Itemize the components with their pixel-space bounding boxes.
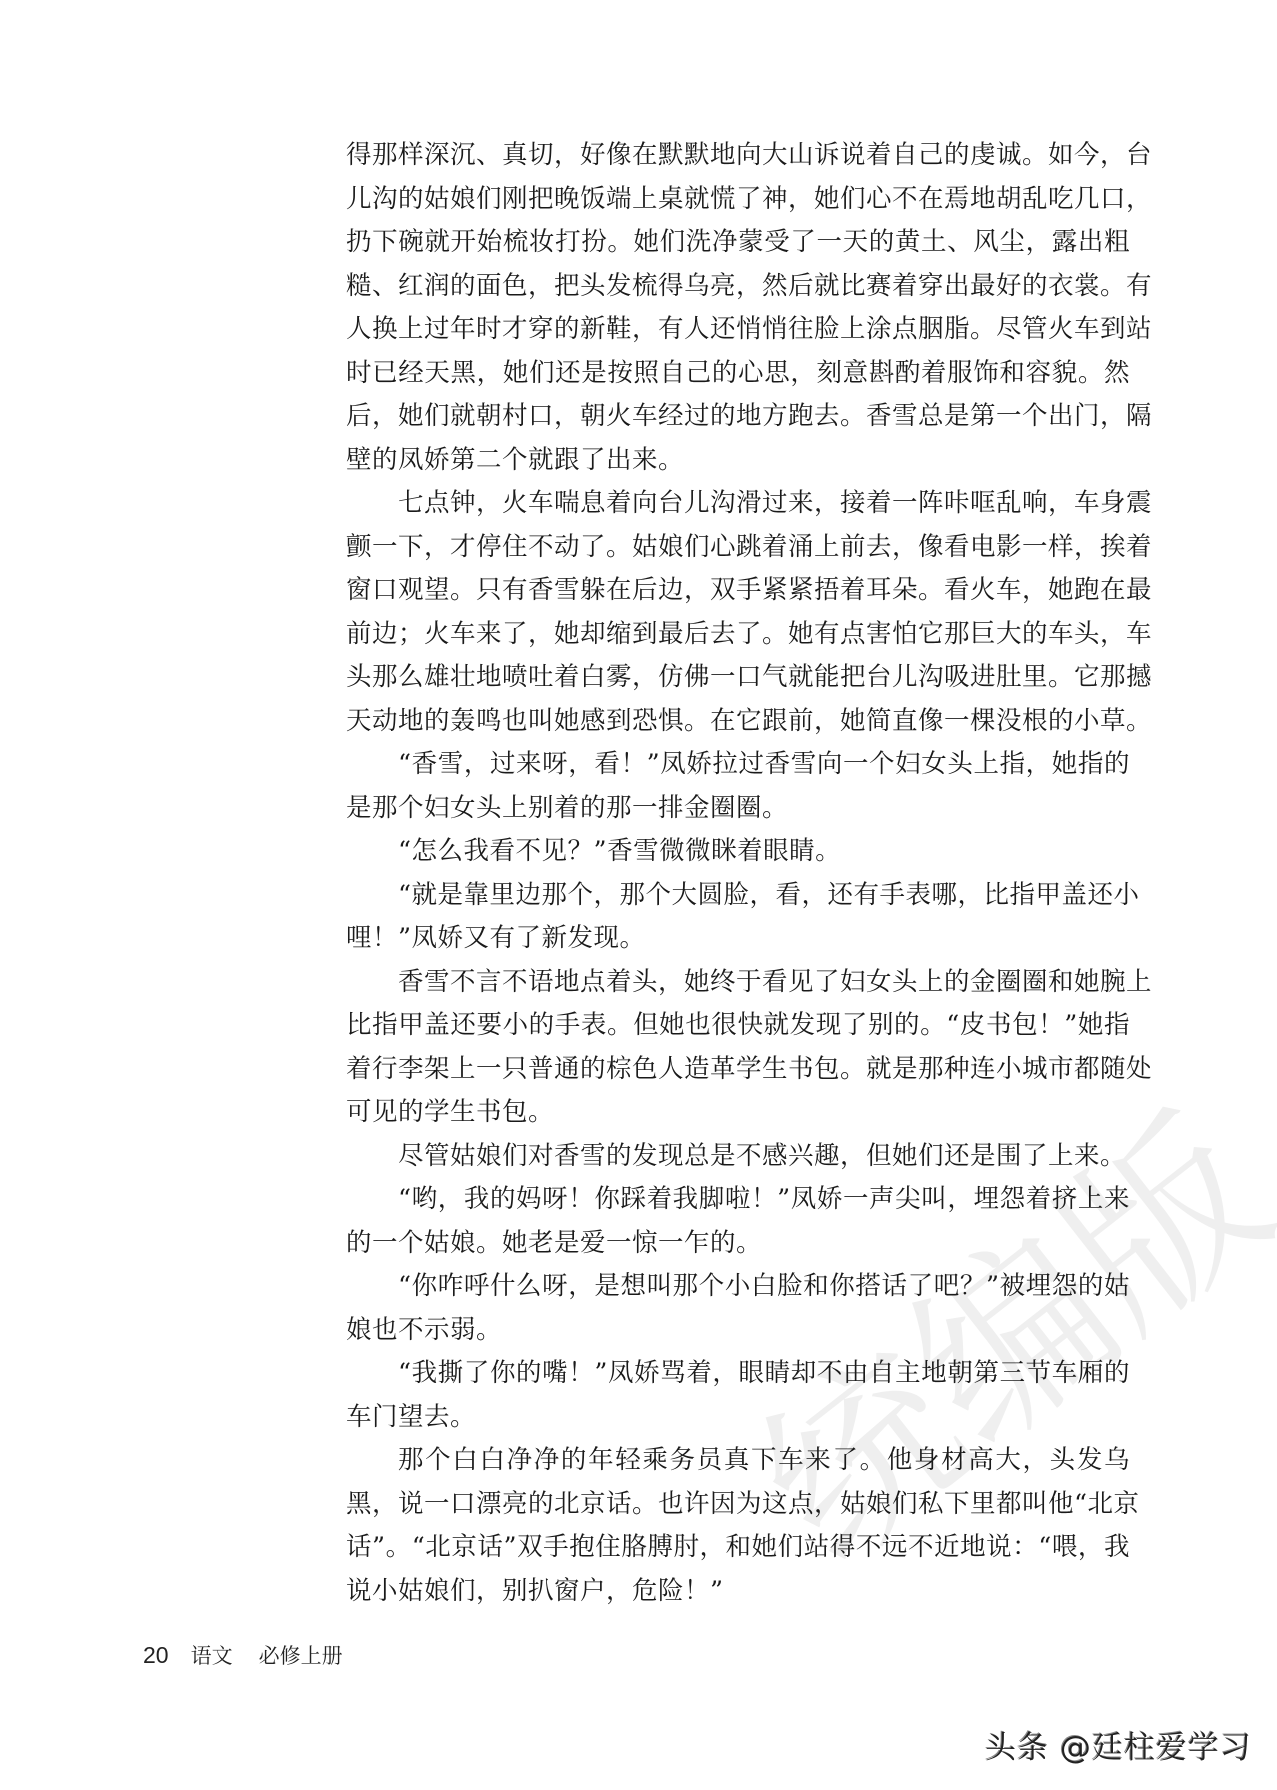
- text-line: 儿沟的姑娘们刚把晚饭端上桌就慌了神，她们心不在焉地胡乱吃几口，: [346, 178, 1130, 222]
- text-line: “哟，我的妈呀！你踩着我脚啦！”凤娇一声尖叫，埋怨着挤上来: [346, 1178, 1130, 1222]
- text-line: 车门望去。: [346, 1396, 1130, 1440]
- text-line: 娘也不示弱。: [346, 1309, 1130, 1353]
- text-line: “香雪，过来呀，看！”凤娇拉过香雪向一个妇女头上指，她指的: [346, 743, 1130, 787]
- textbook-page: 统编版 得那样深沉、真切，好像在默默地向大山诉说着自己的虔诚。如今，台儿沟的姑娘…: [0, 0, 1277, 1790]
- text-line: 天动地的轰鸣也叫她感到恐惧。在它跟前，她简直像一棵没根的小草。: [346, 700, 1130, 744]
- text-line: 可见的学生书包。: [346, 1091, 1130, 1135]
- text-line: 黑，说一口漂亮的北京话。也许因为这点，姑娘们私下里都叫他“北京: [346, 1483, 1130, 1527]
- text-line: 窗口观望。只有香雪躲在后边，双手紧紧捂着耳朵。看火车，她跑在最: [346, 569, 1130, 613]
- body-text: 得那样深沉、真切，好像在默默地向大山诉说着自己的虔诚。如今，台儿沟的姑娘们刚把晚…: [346, 134, 1130, 1613]
- text-line: 前边；火车来了，她却缩到最后去了。她有点害怕它那巨大的车头，车: [346, 613, 1130, 657]
- text-line: 后，她们就朝村口，朝火车经过的地方跑去。香雪总是第一个出门，隔: [346, 395, 1130, 439]
- text-line: 得那样深沉、真切，好像在默默地向大山诉说着自己的虔诚。如今，台: [346, 134, 1130, 178]
- text-line: 七点钟，火车喘息着向台儿沟滑过来，接着一阵咔哐乱响，车身震: [346, 482, 1130, 526]
- text-line: 时已经天黑，她们还是按照自己的心思，刻意斟酌着服饰和容貌。然: [346, 352, 1130, 396]
- text-line: 颤一下，才停住不动了。姑娘们心跳着涌上前去，像看电影一样，挨着: [346, 526, 1130, 570]
- text-line: 壁的凤娇第二个就跟了出来。: [346, 439, 1130, 483]
- text-line: 话”。“北京话”双手抱住胳膊肘，和她们站得不远不近地说：“喂，我: [346, 1526, 1130, 1570]
- text-line: 头那么雄壮地喷吐着白雾，仿佛一口气就能把台儿沟吸进肚里。它那撼: [346, 656, 1130, 700]
- text-line: “你咋呼什么呀，是想叫那个小白脸和你搭话了吧？”被埋怨的姑: [346, 1265, 1130, 1309]
- text-line: “我撕了你的嘴！”凤娇骂着，眼睛却不由自主地朝第三节车厢的: [346, 1352, 1130, 1396]
- page-footer: 20 语文 必修上册: [143, 1640, 343, 1670]
- text-line: “就是靠里边那个，那个大圆脸，看，还有手表哪，比指甲盖还小: [346, 874, 1130, 918]
- text-line: 哩！”凤娇又有了新发现。: [346, 917, 1130, 961]
- text-line: 那个白白净净的年轻乘务员真下车来了。他身材高大，头发乌: [346, 1439, 1130, 1483]
- text-line: 扔下碗就开始梳妆打扮。她们洗净蒙受了一天的黄土、风尘，露出粗: [346, 221, 1130, 265]
- text-line: 比指甲盖还要小的手表。但她也很快就发现了别的。“皮书包！”她指: [346, 1004, 1130, 1048]
- book-volume: 必修上册: [259, 1640, 343, 1670]
- text-line: 说小姑娘们，别扒窗户，危险！”: [346, 1570, 1130, 1614]
- text-line: 的一个姑娘。她老是爱一惊一乍的。: [346, 1222, 1130, 1266]
- text-line: 着行李架上一只普通的棕色人造革学生书包。就是那种连小城市都随处: [346, 1048, 1130, 1092]
- source-credit: 头条 @廷柱爱学习: [985, 1722, 1252, 1767]
- book-subject: 语文: [191, 1640, 233, 1670]
- text-line: 人换上过年时才穿的新鞋，有人还悄悄往脸上涂点胭脂。尽管火车到站: [346, 308, 1130, 352]
- page-number: 20: [143, 1642, 169, 1669]
- text-line: “怎么我看不见？”香雪微微眯着眼睛。: [346, 830, 1130, 874]
- text-line: 尽管姑娘们对香雪的发现总是不感兴趣，但她们还是围了上来。: [346, 1135, 1130, 1179]
- text-line: 糙、红润的面色，把头发梳得乌亮，然后就比赛着穿出最好的衣裳。有: [346, 265, 1130, 309]
- text-line: 香雪不言不语地点着头，她终于看见了妇女头上的金圈圈和她腕上: [346, 961, 1130, 1005]
- text-line: 是那个妇女头上别着的那一排金圈圈。: [346, 787, 1130, 831]
